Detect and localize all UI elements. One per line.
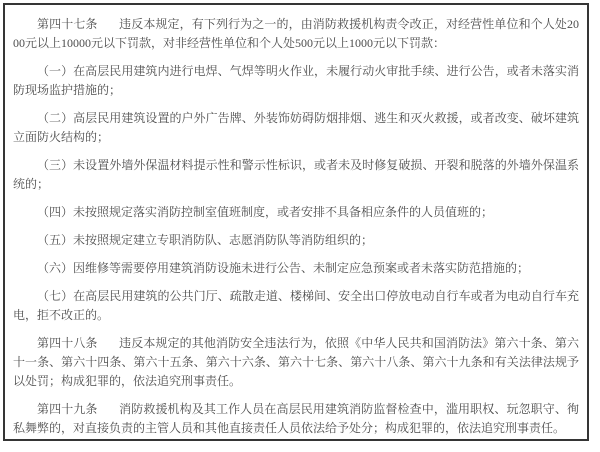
article-paragraph: 第四十八条违反本规定的其他消防安全违法行为，依照《中华人民共和国消防法》第六十条… — [13, 334, 579, 391]
item-paragraph: （六）因维修等需要停用建筑消防设施未进行公告、未制定应急预案或者未落实防范措施的… — [13, 259, 579, 278]
article-paragraph: 第四十七条违反本规定，有下列行为之一的，由消防救援机构责令改正，对经营性单位和个… — [13, 15, 579, 53]
item-paragraph: （三）未设置外墙外保温材料提示性和警示性标识，或者未及时修复破损、开裂和脱落的外… — [13, 156, 579, 194]
item-paragraph: （七）在高层民用建筑的公共门厅、疏散走道、楼梯间、安全出口停放电动自行车或者为电… — [13, 287, 579, 325]
item-paragraph: （二）高层民用建筑设置的户外广告牌、外装饰妨碍防烟排烟、逃生和灭火救援，或者改变… — [13, 109, 579, 147]
document-page: 第四十七条违反本规定，有下列行为之一的，由消防救援机构责令改正，对经营性单位和个… — [3, 3, 589, 441]
article-paragraph: 第四十九条消防救援机构及其工作人员在高层民用建筑消防监督检查中，滥用职权、玩忽职… — [13, 400, 579, 438]
document-body: 第四十七条违反本规定，有下列行为之一的，由消防救援机构责令改正，对经营性单位和个… — [13, 15, 579, 438]
item-paragraph: （五）未按照规定建立专职消防队、志愿消防队等消防组织的； — [13, 231, 579, 250]
article-number: 第四十七条 — [37, 17, 98, 31]
article-number: 第四十九条 — [37, 402, 98, 416]
article-number: 第四十八条 — [37, 336, 98, 350]
item-paragraph: （四）未按照规定落实消防控制室值班制度，或者安排不具备相应条件的人员值班的； — [13, 203, 579, 222]
item-paragraph: （一）在高层民用建筑内进行电焊、气焊等明火作业，未履行动火审批手续、进行公告，或… — [13, 62, 579, 100]
